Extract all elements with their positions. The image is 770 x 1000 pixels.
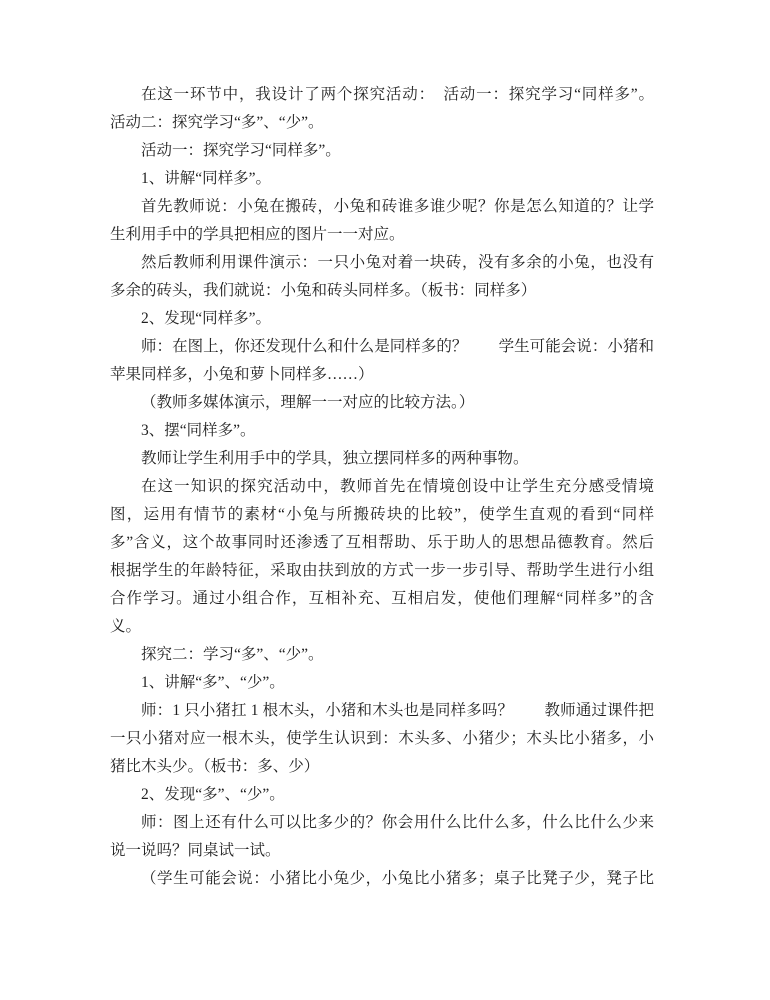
text-line: 活动一：探究学习“同样多”。: [110, 137, 654, 165]
text-line: 在这一环节中，我设计了两个探究活动： 活动一：探究学习“同样多”。: [110, 81, 654, 109]
text-line: 猪比木头少。（板书：多、少）: [110, 753, 654, 781]
text-line: 多余的砖头，我们就说：小兔和砖头同样多。（板书：同样多）: [110, 277, 654, 305]
text-line: 义。: [110, 613, 654, 641]
text-line: 根据学生的年龄特征，采取由扶到放的方式一步一步引导、帮助学生进行小组: [110, 557, 654, 585]
text-line: 图，运用有情节的素材“小兔与所搬砖块的比较”，使学生直观的看到“同样: [110, 501, 654, 529]
text-line: 在这一知识的探究活动中，教师首先在情境创设中让学生充分感受情境: [110, 473, 654, 501]
text-line: 2、发现“多”、“少”。: [110, 781, 654, 809]
text-line: 生利用手中的学具把相应的图片一一对应。: [110, 221, 654, 249]
document-page: 在这一环节中，我设计了两个探究活动： 活动一：探究学习“同样多”。活动二：探究学…: [0, 0, 770, 1000]
text-line: 苹果同样多，小兔和萝卜同样多……）: [110, 361, 654, 389]
text-line: 师：图上还有什么可以比多少的？你会用什么比什么多，什么比什么少来: [110, 809, 654, 837]
text-line: 1、讲解“多”、“少”。: [110, 669, 654, 697]
text-line: （教师多媒体演示，理解一一对应的比较方法。）: [110, 389, 654, 417]
text-line: 合作学习。通过小组合作，互相补充、互相启发，使他们理解“同样多”的含: [110, 585, 654, 613]
text-line: 3、摆“同样多”。: [110, 417, 654, 445]
text-line: 然后教师利用课件演示：一只小兔对着一块砖，没有多余的小兔，也没有: [110, 249, 654, 277]
text-line: 一只小猪对应一根木头，使学生认识到：木头多、小猪少；木头比小猪多，小: [110, 725, 654, 753]
text-line: 2、发现“同样多”。: [110, 305, 654, 333]
text-line: 师：在图上，你还发现什么和什么是同样多的？ 学生可能会说：小猪和: [110, 333, 654, 361]
text-line: 探究二：学习“多”、“少”。: [110, 641, 654, 669]
text-line: 1、讲解“同样多”。: [110, 165, 654, 193]
text-line: （学生可能会说：小猪比小兔少，小兔比小猪多；桌子比凳子少，凳子比: [110, 865, 654, 893]
text-line: 首先教师说：小兔在搬砖，小兔和砖谁多谁少呢？你是怎么知道的？让学: [110, 193, 654, 221]
text-line: 教师让学生利用手中的学具，独立摆同样多的两种事物。: [110, 445, 654, 473]
text-line: 说一说吗？同桌试一试。: [110, 837, 654, 865]
text-line: 师：1 只小猪扛 1 根木头，小猪和木头也是同样多吗？ 教师通过课件把: [110, 697, 654, 725]
document-text: 在这一环节中，我设计了两个探究活动： 活动一：探究学习“同样多”。活动二：探究学…: [110, 81, 654, 893]
text-line: 活动二：探究学习“多”、“少”。: [110, 109, 654, 137]
text-line: 多”含义，这个故事同时还渗透了互相帮助、乐于助人的思想品德教育。然后: [110, 529, 654, 557]
